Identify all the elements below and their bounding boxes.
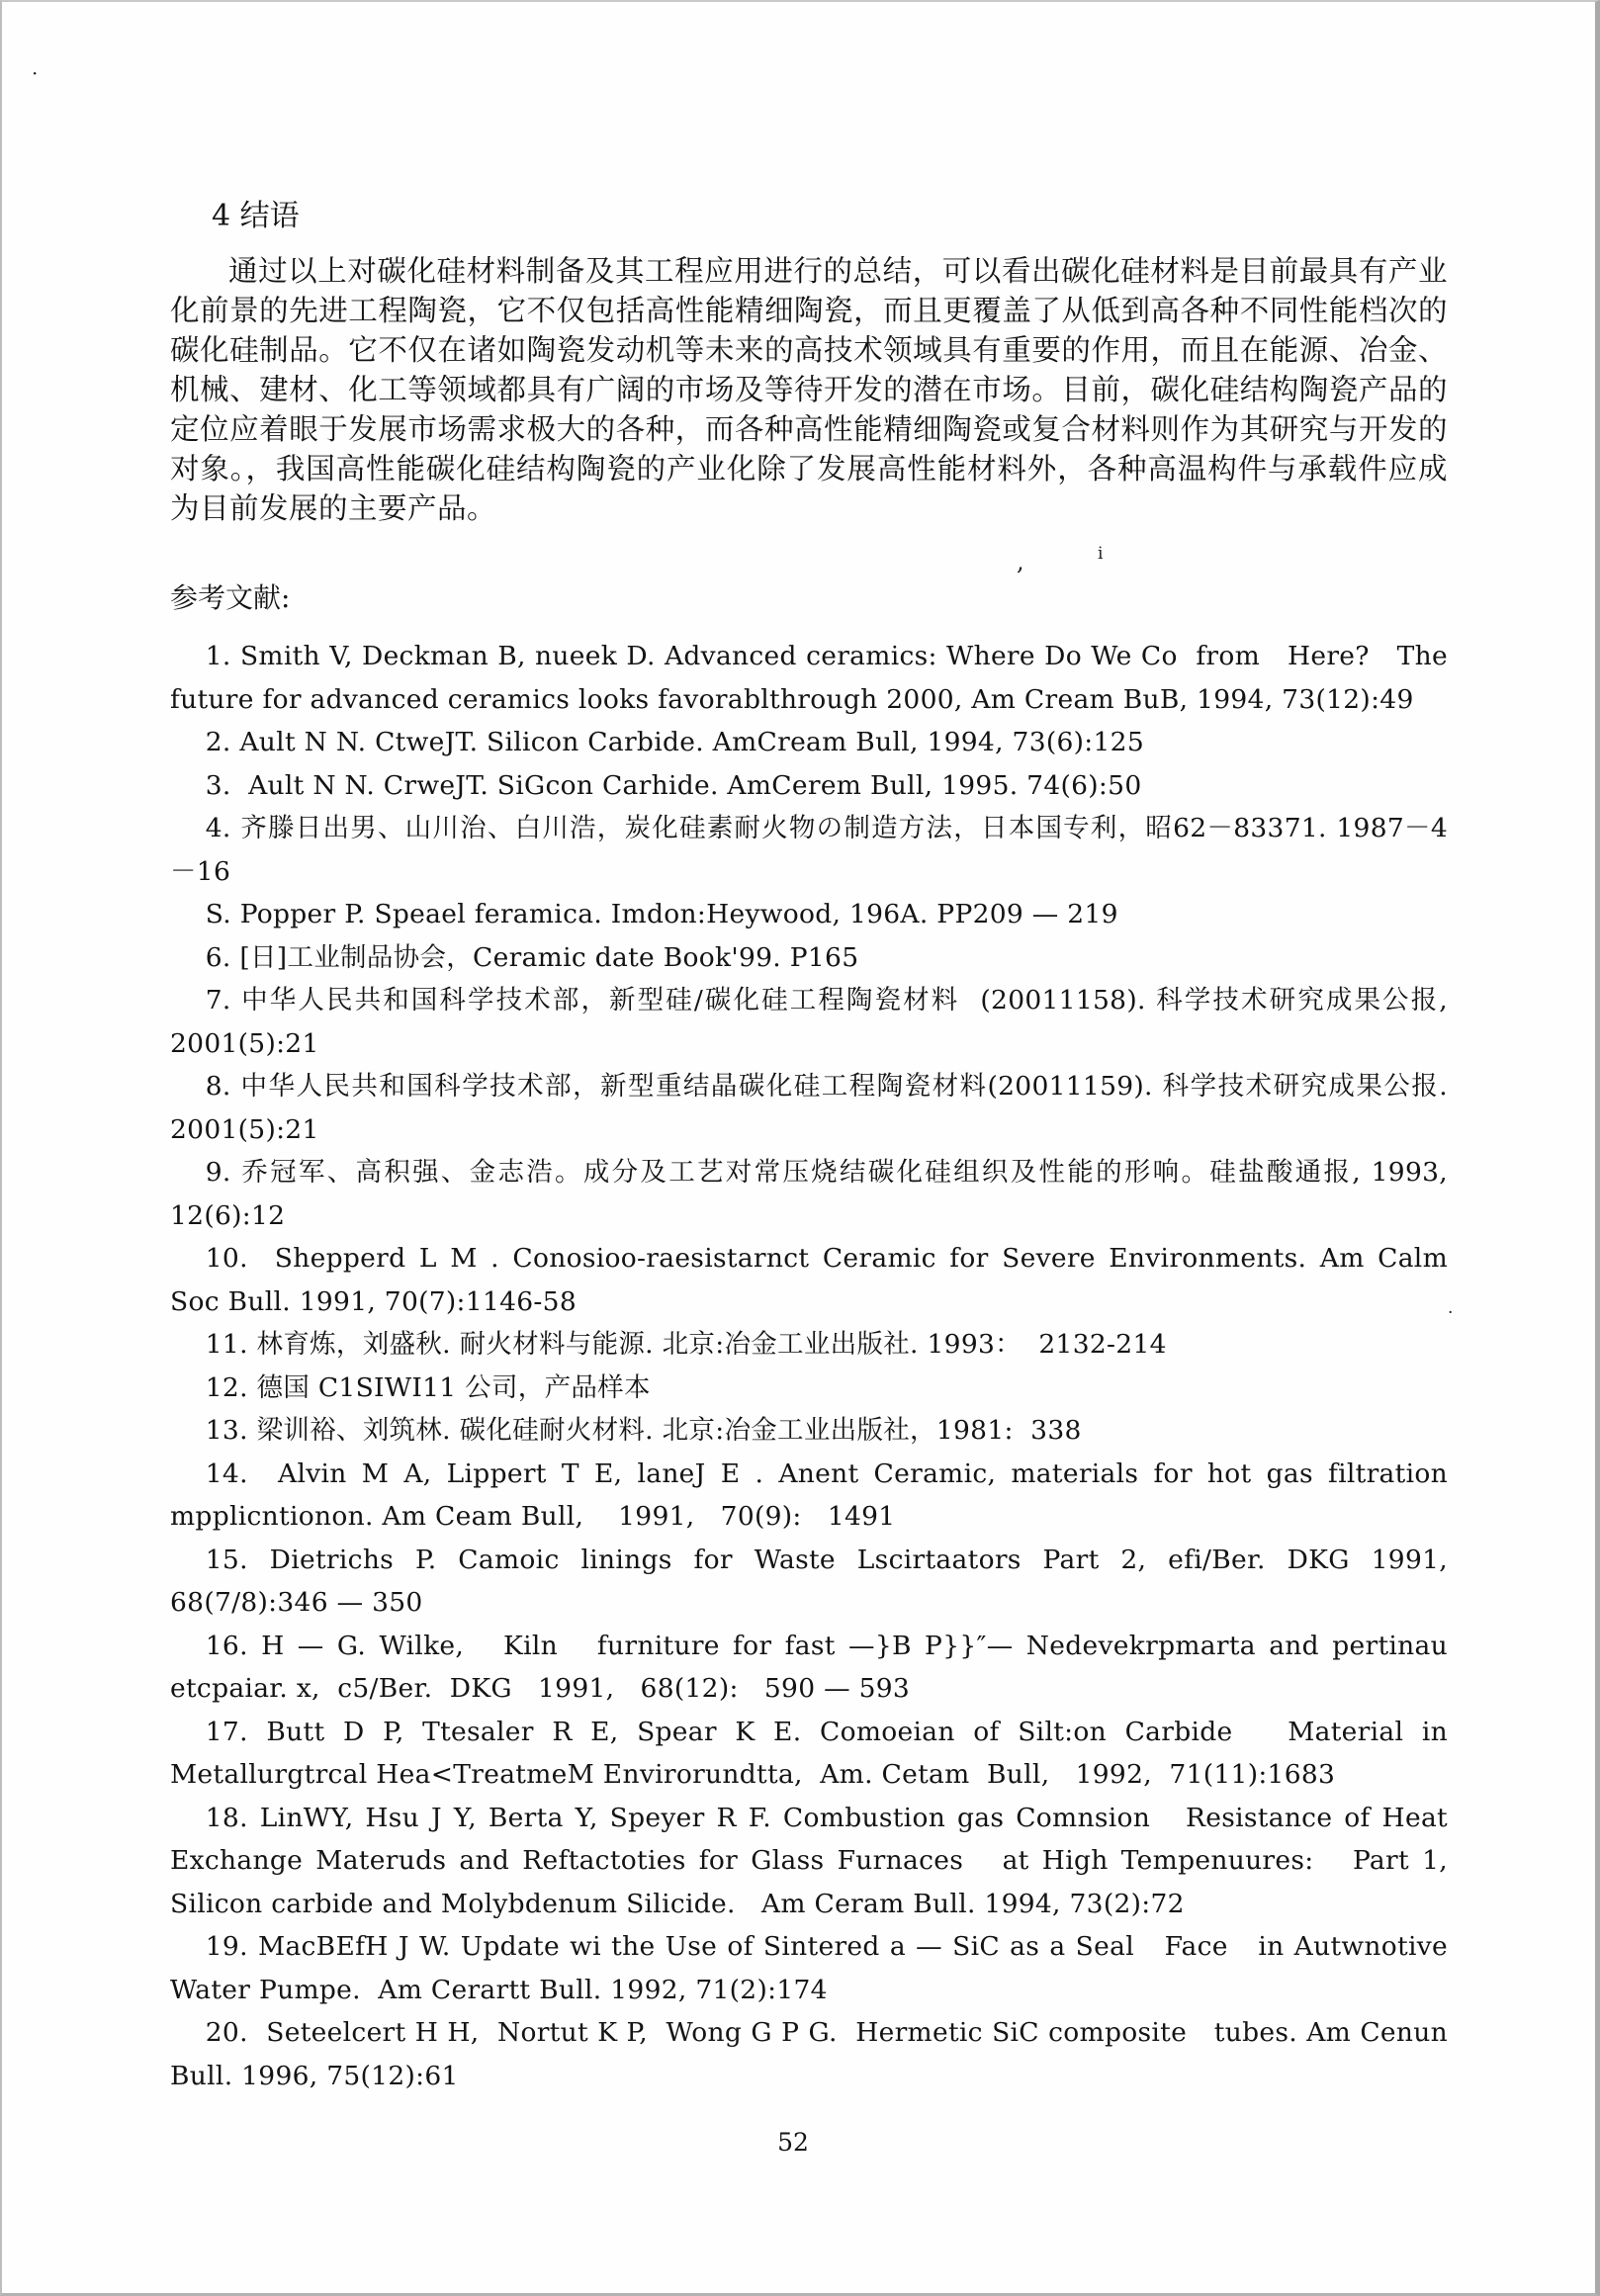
scanned-page: · , i · 4 结语 通过以上对碳化硅材料制备及其工程应用进行的总结，可以看… xyxy=(0,0,1600,2296)
page-number: 52 xyxy=(2,2128,1584,2157)
page-content: 4 结语 通过以上对碳化硅材料制备及其工程应用进行的总结，可以看出碳化硅材料是目… xyxy=(170,198,1448,2097)
reference-item: 19. MacBEfH J W. Update wi the Use of Si… xyxy=(170,1925,1448,2011)
reference-item: 3. Ault N N. CrweJT. SiGcon Carhide. AmC… xyxy=(170,764,1448,808)
reference-item: 15. Dietrichs P. Camoic linings for Wast… xyxy=(170,1539,1448,1625)
reference-item: 7. 中华人民共和国科学技术部，新型硅/碳化硅工程陶瓷材料 (20011158)… xyxy=(170,979,1448,1065)
reference-item: 1. Smith V, Deckman B, nueek D. Advanced… xyxy=(170,635,1448,721)
reference-item: 11. 林育炼，刘盛秋. 耐火材料与能源. 北京:冶金工业出版社. 1993： … xyxy=(170,1323,1448,1367)
reference-item: 8. 中华人民共和国科学技术部，新型重结晶碳化硅工程陶瓷材料(20011159)… xyxy=(170,1065,1448,1151)
scan-speck: · xyxy=(32,61,38,85)
reference-item: 13. 梁训裕、刘筑林. 碳化硅耐火材料. 北京:冶金工业出版社，1981: 3… xyxy=(170,1409,1448,1453)
reference-item: 17. Butt D P, Ttesaler R E, Spear K E. C… xyxy=(170,1711,1448,1797)
reference-item: 12. 德国 C1SIWI11 公司，产品样本 xyxy=(170,1367,1448,1410)
reference-item: S. Popper P. Speael feramica. Imdon:Heyw… xyxy=(170,893,1448,936)
reference-item: 9. 乔冠军、高积强、金志浩。成分及工艺对常压烧结碳化硅组织及性能的形响。硅盐酸… xyxy=(170,1151,1448,1237)
section-heading: 4 结语 xyxy=(170,198,1448,235)
references-heading: 参考文献: xyxy=(170,581,1448,615)
conclusion-paragraph: 通过以上对碳化硅材料制备及其工程应用进行的总结，可以看出碳化硅材料是目前最具有产… xyxy=(170,251,1448,528)
reference-item: 16. H — G. Wilke, Kiln furniture for fas… xyxy=(170,1625,1448,1711)
reference-item: 4. 齐滕日出男、山川治、白川浩，炭化硅素耐火物の制造方法，日本国专利，昭62－… xyxy=(170,807,1448,893)
reference-item: 6. [日]工业制品协会，Ceramic date Book'99. P165 xyxy=(170,936,1448,980)
reference-item: 18. LinWY, Hsu J Y, Berta Y, Speyer R F.… xyxy=(170,1797,1448,1926)
reference-item: 20. Seteelcert H H, Nortut K P, Wong G P… xyxy=(170,2011,1448,2097)
references-list: 1. Smith V, Deckman B, nueek D. Advanced… xyxy=(170,635,1448,2097)
reference-item: 2. Ault N N. CtweJT. Silicon Carbide. Am… xyxy=(170,721,1448,764)
reference-item: 14. Alvin M A, Lippert T E, laneJ E . An… xyxy=(170,1453,1448,1539)
scan-speck: · xyxy=(1448,1303,1453,1323)
reference-item: 10. Shepperd L M . Conosioo-raesistarnct… xyxy=(170,1237,1448,1323)
